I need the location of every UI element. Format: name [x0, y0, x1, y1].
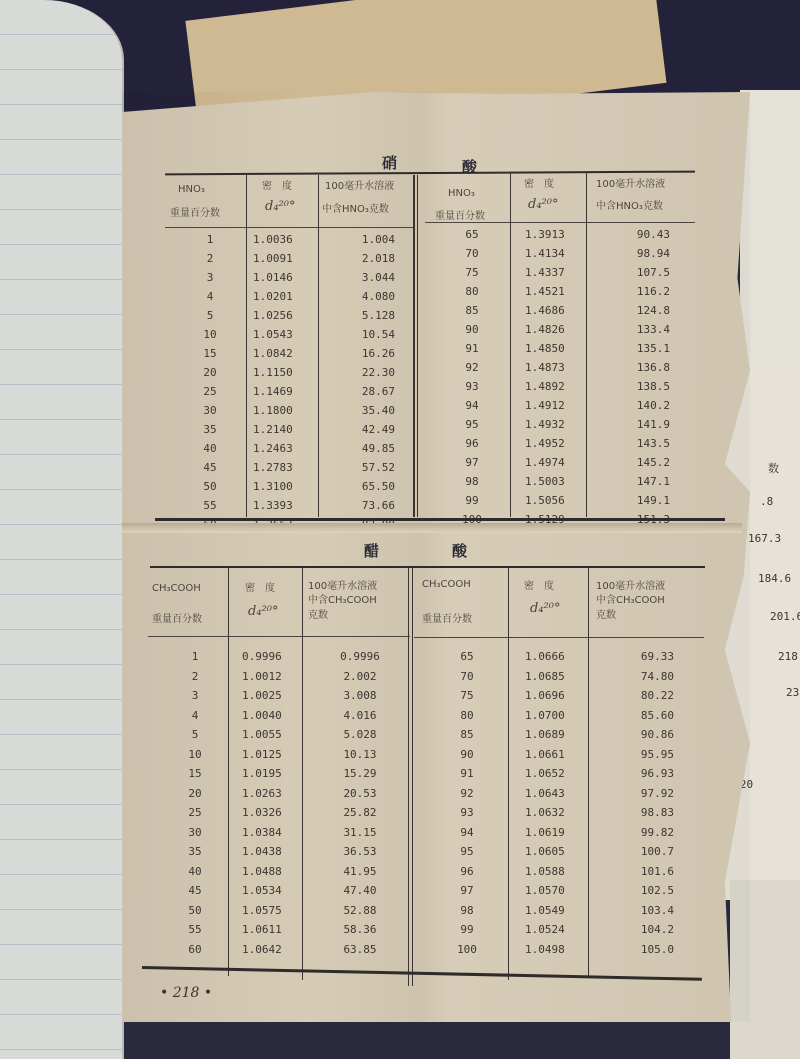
- cell: 98.83: [612, 803, 674, 823]
- cell: 98.94: [610, 244, 670, 263]
- cell: 1.0498: [525, 940, 565, 960]
- header-density-symbol-right: d₄²⁰°: [530, 602, 560, 615]
- cell: 90: [447, 745, 487, 765]
- cell: 70: [452, 244, 492, 263]
- cell: 1.0534: [242, 881, 282, 901]
- cell: 97.92: [612, 784, 674, 804]
- cell: 99: [452, 491, 492, 510]
- cell: 90.43: [610, 225, 670, 244]
- cell: 3: [190, 268, 230, 287]
- notebook-page-left: [0, 0, 124, 1059]
- cell: 16.26: [330, 344, 395, 363]
- cell: 1.0488: [242, 862, 282, 882]
- cell: 1.0543: [253, 325, 293, 344]
- cell: 80.22: [612, 686, 674, 706]
- cell: 1.0842: [253, 344, 293, 363]
- acetic-right-grams-column: 69.33 74.80 80.22 85.60 90.86 95.95 96.9…: [612, 647, 674, 959]
- cell: 1.4521: [525, 282, 565, 301]
- cell: 93: [452, 377, 492, 396]
- cell: 1.5003: [525, 472, 565, 491]
- cell: 103.4: [612, 901, 674, 921]
- cell: 1.0524: [525, 920, 565, 940]
- cell: 5: [190, 306, 230, 325]
- cell: 10.54: [330, 325, 395, 344]
- header-grams-hno3: 中含HNO₃克数: [322, 203, 389, 216]
- cell: 2: [175, 667, 215, 687]
- cell: 1.0642: [242, 940, 282, 960]
- cell: 100: [447, 940, 487, 960]
- cell: 135.1: [610, 339, 670, 358]
- cell: 1.2463: [253, 439, 293, 458]
- cell: 57.52: [330, 458, 395, 477]
- cell: 45: [190, 458, 230, 477]
- bg-sheet-value: 218: [778, 650, 798, 663]
- cell: 91: [452, 339, 492, 358]
- bg-sheet-value: 201.6: [770, 610, 800, 623]
- cell: 90.86: [612, 725, 674, 745]
- cell: 1.0256: [253, 306, 293, 325]
- cell: 10: [190, 325, 230, 344]
- table-top-rule: [150, 566, 705, 568]
- cell: 1.4932: [525, 415, 565, 434]
- cell: 35: [190, 420, 230, 439]
- cell: 75: [447, 686, 487, 706]
- cell: 1.0619: [525, 823, 565, 843]
- cell: 75: [452, 263, 492, 282]
- cell: 80: [452, 282, 492, 301]
- cell: 1.0700: [525, 706, 565, 726]
- cell: 98: [447, 901, 487, 921]
- header-density: 密 度: [245, 582, 275, 595]
- cell: 5.128: [330, 306, 395, 325]
- cell: 1.4952: [525, 434, 565, 453]
- cell: 1.4873: [525, 358, 565, 377]
- cell: 93: [447, 803, 487, 823]
- cell: 45: [175, 881, 215, 901]
- cell: 10: [175, 745, 215, 765]
- header-grams-per-100ml: 100毫升水溶液: [325, 180, 394, 193]
- cell: 40: [190, 439, 230, 458]
- header-density-right: 密 度: [524, 178, 554, 191]
- cell: 30: [175, 823, 215, 843]
- bg-sheet-value: 167.3: [748, 532, 781, 545]
- cell: 96: [447, 862, 487, 882]
- nitric-right-density-column: 1.3913 1.4134 1.4337 1.4521 1.4686 1.482…: [525, 225, 565, 529]
- cell: 25.82: [330, 803, 390, 823]
- nitric-title-left: 硝: [382, 152, 399, 173]
- cell: 20: [175, 784, 215, 804]
- cell: 1.0326: [242, 803, 282, 823]
- cell: 1.4850: [525, 339, 565, 358]
- cell: 1.0036: [253, 230, 293, 249]
- cell: 1: [175, 647, 215, 667]
- cell: 1.4134: [525, 244, 565, 263]
- cell: 1.0263: [242, 784, 282, 804]
- cell: 50: [175, 901, 215, 921]
- cell: 1.3393: [253, 496, 293, 515]
- cell: 1.0125: [242, 745, 282, 765]
- cell: 0.9996: [330, 647, 390, 667]
- cell: 3.044: [330, 268, 395, 287]
- cell: 1.0549: [525, 901, 565, 921]
- cell: 4.080: [330, 287, 395, 306]
- cell: 22.30: [330, 363, 395, 382]
- cell: 105.0: [612, 940, 674, 960]
- cell: 65: [447, 647, 487, 667]
- cell: 15.29: [330, 764, 390, 784]
- cell: 95: [452, 415, 492, 434]
- cell: 1.0605: [525, 842, 565, 862]
- cell: 63.85: [330, 940, 390, 960]
- cell: 95: [447, 842, 487, 862]
- cell: 95.95: [612, 745, 674, 765]
- cell: 99: [447, 920, 487, 940]
- cell: 97: [447, 881, 487, 901]
- cell: 73.66: [330, 496, 395, 515]
- cell: 97: [452, 453, 492, 472]
- acetic-title-left: 醋: [364, 540, 381, 561]
- nitric-right-grams-column: 90.43 98.94 107.5 116.2 124.8 133.4 135.…: [610, 225, 670, 529]
- bg-sheet-value: 23: [786, 686, 799, 699]
- header-density-right: 密 度: [524, 580, 554, 593]
- cell: 25: [175, 803, 215, 823]
- header-weight-percent: 重量百分数: [170, 207, 220, 220]
- cell: 92: [447, 784, 487, 804]
- cell: 1.1469: [253, 382, 293, 401]
- cell: 28.67: [330, 382, 395, 401]
- cell: 99.82: [612, 823, 674, 843]
- acetic-left-percent-column: 1 2 3 4 5 10 15 20 25 30 35 40 45 50 55 …: [175, 647, 215, 959]
- cell: 25: [190, 382, 230, 401]
- acetic-left-grams-column: 0.9996 2.002 3.008 4.016 5.028 10.13 15.…: [330, 647, 390, 959]
- cell: 1.4892: [525, 377, 565, 396]
- cell: 60: [175, 940, 215, 960]
- cell: 91: [447, 764, 487, 784]
- cell: 2.002: [330, 667, 390, 687]
- cell: 104.2: [612, 920, 674, 940]
- cell: 1.0575: [242, 901, 282, 921]
- cell: 149.1: [610, 491, 670, 510]
- cell: 107.5: [610, 263, 670, 282]
- header-grams-right: 克数: [596, 609, 616, 622]
- cell: 141.9: [610, 415, 670, 434]
- cell: 1.4826: [525, 320, 565, 339]
- header-density: 密 度: [262, 180, 292, 193]
- cell: 55: [190, 496, 230, 515]
- cell: 94: [447, 823, 487, 843]
- cell: 101.6: [612, 862, 674, 882]
- cell: 145.2: [610, 453, 670, 472]
- cell: 35: [175, 842, 215, 862]
- cell: 1.3100: [253, 477, 293, 496]
- cell: 1.0588: [525, 862, 565, 882]
- right-notebook-page: [740, 90, 800, 380]
- cell: 100.7: [612, 842, 674, 862]
- header-grams-hno3-right: 中含HNO₃克数: [596, 200, 663, 213]
- cell: 74.80: [612, 667, 674, 687]
- cell: 10.13: [330, 745, 390, 765]
- cell: 1.4337: [525, 263, 565, 282]
- cell: 1.2783: [253, 458, 293, 477]
- header-weight-percent-right: 重量百分数: [422, 613, 472, 626]
- cell: 1.0091: [253, 249, 293, 268]
- cell: 65.50: [330, 477, 395, 496]
- cell: 1.0040: [242, 706, 282, 726]
- header-hno3-right: HNO₃: [448, 187, 475, 200]
- cell: 20.53: [330, 784, 390, 804]
- cell: 1.0201: [253, 287, 293, 306]
- header-density-symbol: d₄²⁰°: [248, 605, 278, 618]
- cell: 3: [175, 686, 215, 706]
- cell: 1.0696: [525, 686, 565, 706]
- header-ch3cooh-right: CH₃COOH: [422, 578, 471, 591]
- cell: 96: [452, 434, 492, 453]
- cell: 1.4686: [525, 301, 565, 320]
- cell: 52.88: [330, 901, 390, 921]
- cell: 0.9996: [242, 647, 282, 667]
- cell: 1.0055: [242, 725, 282, 745]
- header-density-symbol: d₄²⁰°: [265, 200, 295, 213]
- cell: 1.0661: [525, 745, 565, 765]
- cell: 1.3913: [525, 225, 565, 244]
- cell: 1.0632: [525, 803, 565, 823]
- header-weight-percent: 重量百分数: [152, 613, 202, 626]
- cell: 1.0689: [525, 725, 565, 745]
- nitric-left-density-column: 1.0036 1.0091 1.0146 1.0201 1.0256 1.054…: [253, 230, 293, 534]
- cell: 36.53: [330, 842, 390, 862]
- cell: 15: [190, 344, 230, 363]
- cell: 140.2: [610, 396, 670, 415]
- header-ch3cooh: CH₃COOH: [152, 582, 201, 595]
- acetic-right-percent-column: 65 70 75 80 85 90 91 92 93 94 95 96 97 9…: [447, 647, 487, 959]
- cell: 96.93: [612, 764, 674, 784]
- cell: 35.40: [330, 401, 395, 420]
- header-hno3: HNO₃: [178, 183, 205, 196]
- cell: 30: [190, 401, 230, 420]
- cell: 1.0012: [242, 667, 282, 687]
- cell: 1.2140: [253, 420, 293, 439]
- cell: 1.0146: [253, 268, 293, 287]
- page-fold: [122, 523, 742, 533]
- cell: 1.0666: [525, 647, 565, 667]
- cell: 69.33: [612, 647, 674, 667]
- bg-sheet-header: 数: [768, 460, 779, 476]
- cell: 65: [452, 225, 492, 244]
- bg-sheet-value: 184.6: [758, 572, 791, 585]
- cell: 15: [175, 764, 215, 784]
- acetic-title-right: 酸: [452, 540, 469, 561]
- cell: 1.0195: [242, 764, 282, 784]
- cell: 1.4974: [525, 453, 565, 472]
- cell: 4: [175, 706, 215, 726]
- cell: 2: [190, 249, 230, 268]
- cell: 1.1150: [253, 363, 293, 382]
- header-grams-per-100ml: 100毫升水溶液: [308, 580, 377, 593]
- cell: 3.008: [330, 686, 390, 706]
- cell: 1.0570: [525, 881, 565, 901]
- cell: 138.5: [610, 377, 670, 396]
- nitric-left-percent-column: 1 2 3 4 5 10 15 20 25 30 35 40 45 50 55 …: [190, 230, 230, 534]
- cell: 85.60: [612, 706, 674, 726]
- cell: 2.018: [330, 249, 395, 268]
- cell: 124.8: [610, 301, 670, 320]
- cell: 1.0384: [242, 823, 282, 843]
- nitric-title-right: 酸: [462, 156, 479, 177]
- header-grams-per-100ml-right: 100毫升水溶液: [596, 580, 665, 593]
- cell: 49.85: [330, 439, 395, 458]
- bg-sheet-value: .8: [760, 495, 773, 508]
- cell: 42.49: [330, 420, 395, 439]
- cell: 5: [175, 725, 215, 745]
- cell: 4: [190, 287, 230, 306]
- cell: 102.5: [612, 881, 674, 901]
- cell: 136.8: [610, 358, 670, 377]
- cell: 85: [452, 301, 492, 320]
- cell: 70: [447, 667, 487, 687]
- header-grams: 克数: [308, 609, 328, 622]
- cell: 40: [175, 862, 215, 882]
- cell: 92: [452, 358, 492, 377]
- nitric-left-grams-column: 1.004 2.018 3.044 4.080 5.128 10.54 16.2…: [330, 230, 395, 534]
- cell: 1.0652: [525, 764, 565, 784]
- cell: 85: [447, 725, 487, 745]
- cell: 1.0438: [242, 842, 282, 862]
- cell: 143.5: [610, 434, 670, 453]
- cell: 147.1: [610, 472, 670, 491]
- cell: 5.028: [330, 725, 390, 745]
- cell: 133.4: [610, 320, 670, 339]
- cell: 58.36: [330, 920, 390, 940]
- page-number: • 218 •: [160, 985, 212, 1001]
- header-density-symbol-right: d₄²⁰°: [528, 198, 558, 211]
- header-grams-per-100ml-right: 100毫升水溶液: [596, 178, 665, 191]
- acetic-left-density-column: 0.9996 1.0012 1.0025 1.0040 1.0055 1.012…: [242, 647, 282, 959]
- cell: 1.0643: [525, 784, 565, 804]
- cell: 47.40: [330, 881, 390, 901]
- nitric-right-percent-column: 65 70 75 80 85 90 91 92 93 94 95 96 97 9…: [452, 225, 492, 529]
- cell: 1.004: [330, 230, 395, 249]
- cell: 41.95: [330, 862, 390, 882]
- cell: 94: [452, 396, 492, 415]
- header-grams-ch3cooh-right: 中含CH₃COOH: [596, 594, 665, 607]
- cell: 1.5056: [525, 491, 565, 510]
- cell: 116.2: [610, 282, 670, 301]
- table-bottom-rule: [155, 518, 725, 521]
- cell: 50: [190, 477, 230, 496]
- cell: 98: [452, 472, 492, 491]
- cell: 1.0025: [242, 686, 282, 706]
- cell: 1.4912: [525, 396, 565, 415]
- cell: 4.016: [330, 706, 390, 726]
- cell: 31.15: [330, 823, 390, 843]
- cell: 80: [447, 706, 487, 726]
- cell: 1: [190, 230, 230, 249]
- cell: 1.0611: [242, 920, 282, 940]
- cell: 1.1800: [253, 401, 293, 420]
- lower-right-paper: [730, 880, 800, 1059]
- cell: 20: [190, 363, 230, 382]
- acetic-right-density-column: 1.0666 1.0685 1.0696 1.0700 1.0689 1.066…: [525, 647, 565, 959]
- cell: 1.0685: [525, 667, 565, 687]
- cell: 55: [175, 920, 215, 940]
- header-grams-ch3cooh: 中含CH₃COOH: [308, 594, 377, 607]
- cell: 90: [452, 320, 492, 339]
